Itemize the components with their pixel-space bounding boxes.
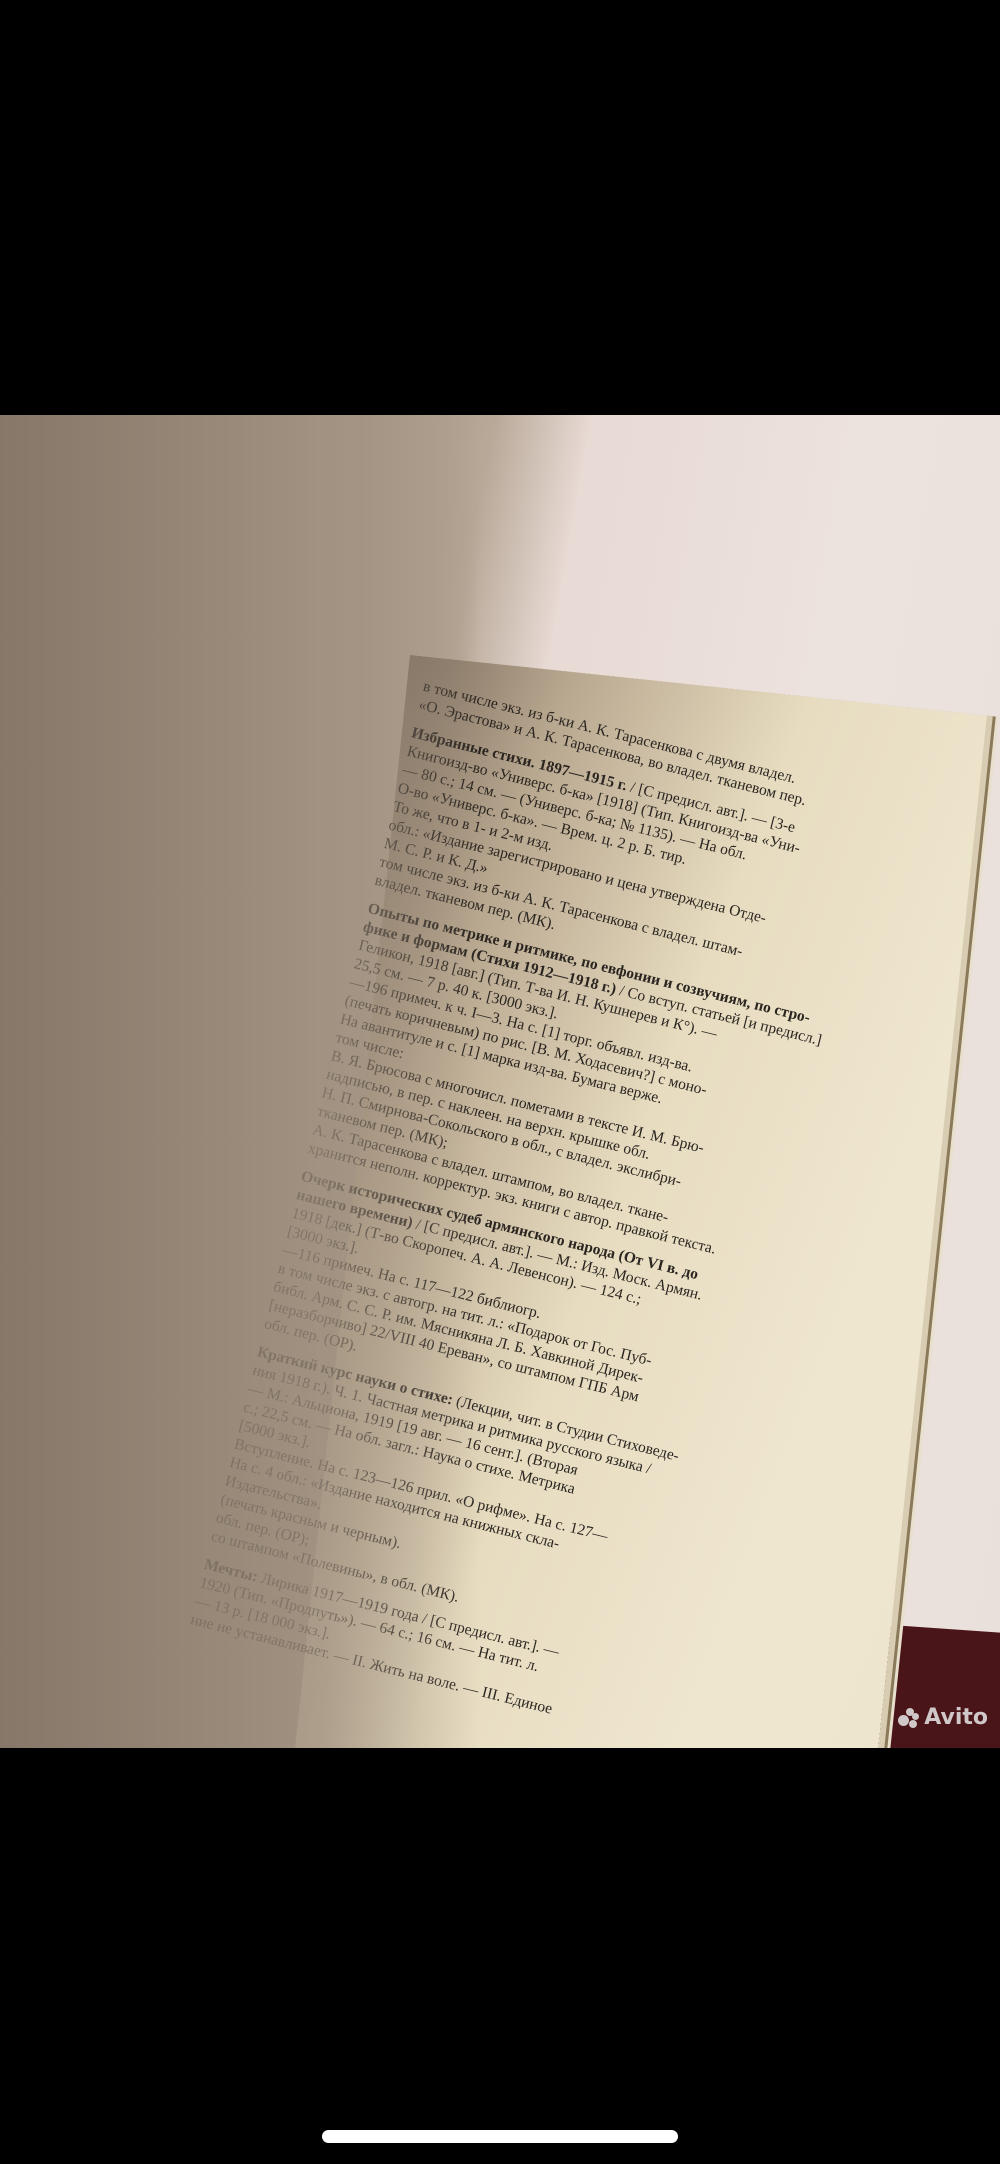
avito-dots-icon (898, 1708, 920, 1728)
home-indicator[interactable] (322, 2130, 678, 2143)
avito-watermark: Avito (898, 1705, 988, 1730)
blurred-foreground-page (0, 415, 480, 1748)
avito-brand-text: Avito (924, 1705, 988, 1730)
book-photo: в том числе экз. из б-ки А. К. Тарасенко… (0, 415, 1000, 1748)
